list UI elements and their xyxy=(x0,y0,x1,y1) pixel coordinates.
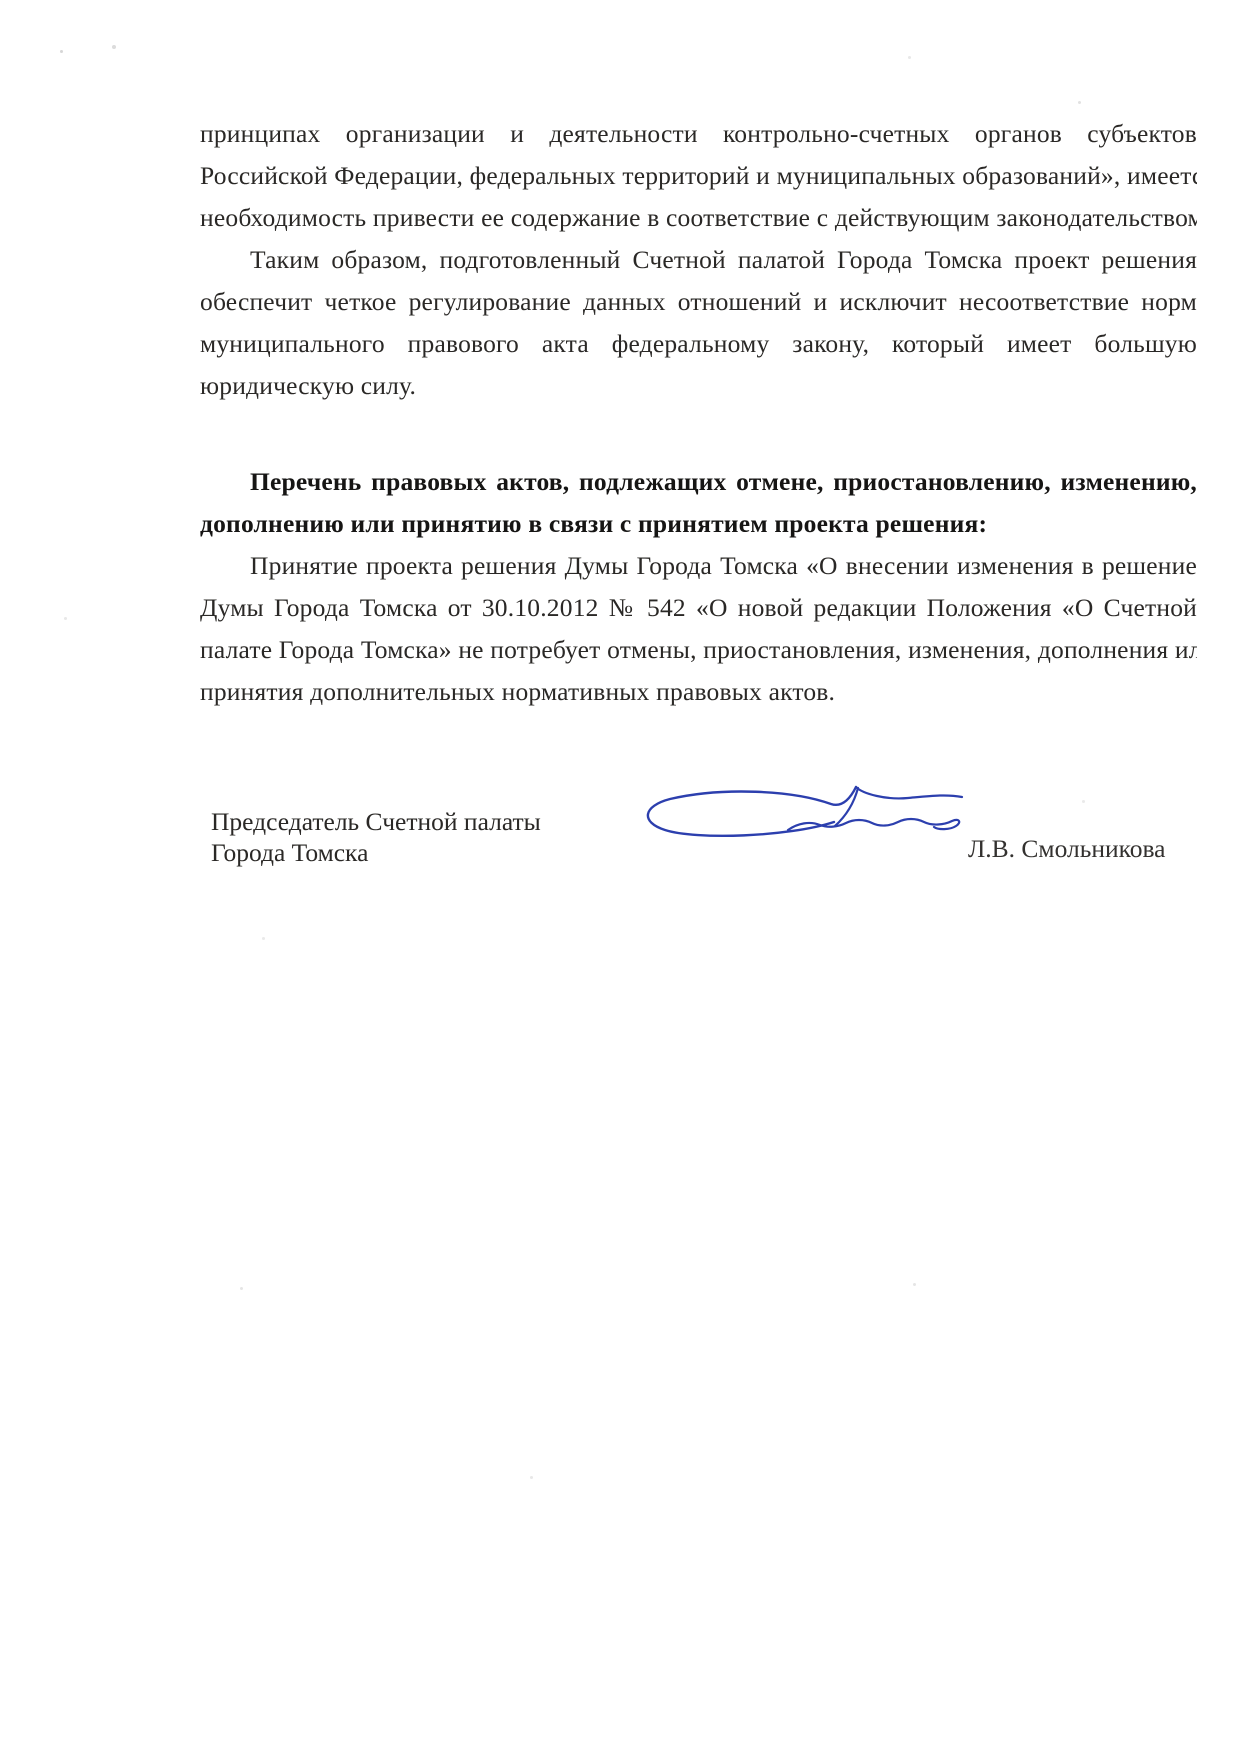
handwritten-signature-icon xyxy=(638,781,968,847)
document-body: принципах организации и деятельности кон… xyxy=(200,113,1197,713)
text-line: палате Города Томска» не потребует отмен… xyxy=(200,629,1197,671)
text-line: обеспечит четкое регулирование данных от… xyxy=(200,281,1197,323)
text-line: Думы Города Томска от 30.10.2012 № 542 «… xyxy=(200,587,1197,629)
scan-speck xyxy=(913,1283,916,1286)
text-line: Российской Федерации, федеральных террит… xyxy=(200,155,1197,197)
scan-speck xyxy=(60,50,63,53)
paragraph-2: Таким образом, подготовленный Счетной па… xyxy=(200,239,1197,407)
scan-speck xyxy=(262,937,265,940)
signature-title-line: Города Томска xyxy=(211,837,541,868)
scan-speck xyxy=(112,45,116,49)
signature-title: Председатель Счетной палаты Города Томск… xyxy=(211,806,541,868)
paragraph-1: принципах организации и деятельности кон… xyxy=(200,113,1197,239)
text-line: Таким образом, подготовленный Счетной па… xyxy=(200,239,1197,281)
text-line: Принятие проекта решения Думы Города Том… xyxy=(200,545,1197,587)
document-page: принципах организации и деятельности кон… xyxy=(0,0,1240,1753)
scan-speck xyxy=(1082,800,1085,803)
text-line: юридическую силу. xyxy=(200,365,1197,407)
text-line: муниципального правового акта федерально… xyxy=(200,323,1197,365)
heading-line: Перечень правовых актов, подлежащих отме… xyxy=(200,461,1197,503)
text-line: принятия дополнительных нормативных прав… xyxy=(200,671,1197,713)
text-line: необходимость привести ее содержание в с… xyxy=(200,197,1197,239)
paragraph-3: Принятие проекта решения Думы Города Том… xyxy=(200,545,1197,713)
scan-speck xyxy=(240,1287,243,1290)
signatory-name: Л.В. Смольникова xyxy=(968,834,1166,864)
heading-line: дополнению или принятию в связи с принят… xyxy=(200,503,1197,545)
text-line: принципах организации и деятельности кон… xyxy=(200,113,1197,155)
section-heading: Перечень правовых актов, подлежащих отме… xyxy=(200,461,1197,545)
signature-title-line: Председатель Счетной палаты xyxy=(211,806,541,837)
scan-speck xyxy=(530,1476,533,1479)
scan-speck xyxy=(1078,101,1081,104)
scan-speck xyxy=(64,617,67,620)
scan-speck xyxy=(908,56,911,59)
